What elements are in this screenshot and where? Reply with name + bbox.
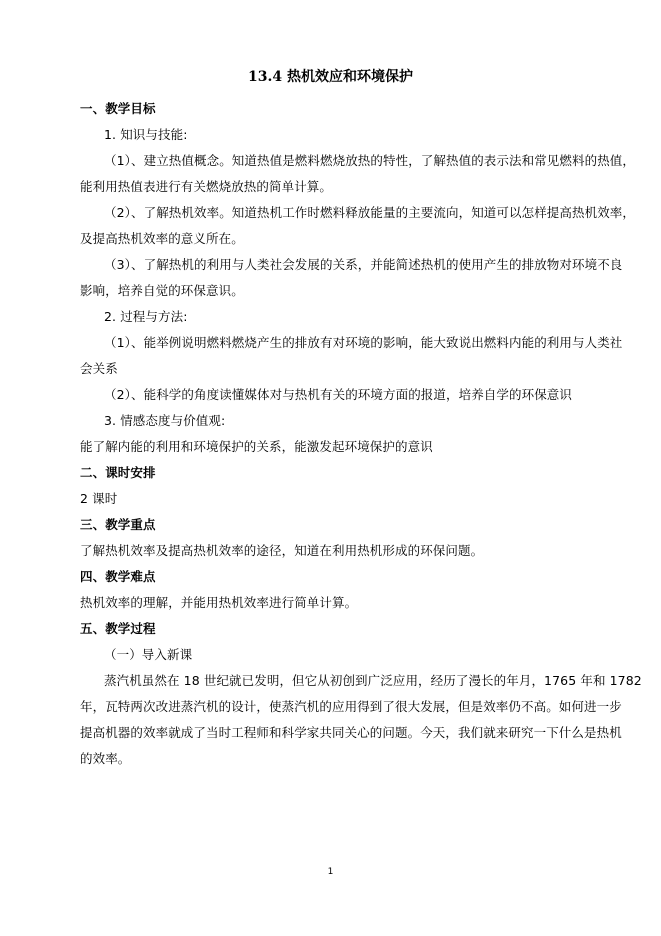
process-2-line-1: （2）、能科学的角度读懂媒体对与热机有关的环境方面的报道，培养自学的环保意识: [104, 386, 572, 404]
difficulties-text: 热机效率的理解，并能用热机效率进行简单计算。: [80, 594, 357, 612]
subheading-attitudes-values: 3. 情感态度与价值观:: [104, 412, 225, 430]
objective-2-line-2: 及提高热机效率的意义所在。: [80, 230, 244, 248]
objective-2-line-1: （2）、了解热机效率。知道热机工作时燃料释放能量的主要流向，知道可以怎样提高热机…: [104, 204, 635, 222]
process-1-line-2: 会关系: [80, 360, 118, 378]
section-heading-process: 五、教学过程: [80, 620, 156, 638]
section-heading-difficulties: 四、教学难点: [80, 568, 156, 586]
process-1-line-1: （1）、能举例说明燃料燃烧产生的排放有对环境的影响，能大致说出燃料内能的利用与人…: [104, 334, 622, 352]
objective-1-line-1: （1）、建立热值概念。知道热值是燃料燃烧放热的特性，了解热值的表示法和常见燃料的…: [104, 152, 635, 170]
section-heading-objectives: 一、教学目标: [80, 100, 156, 118]
section-heading-schedule: 二、课时安排: [80, 464, 156, 482]
intro-line-4: 的效率。: [80, 750, 130, 768]
objective-1-line-2: 能利用热值表进行有关燃烧放热的简单计算。: [80, 178, 332, 196]
schedule-text: 2 课时: [80, 490, 117, 508]
document-title: 13.4 热机效应和环境保护: [0, 66, 661, 86]
section-heading-key-points: 三、教学重点: [80, 516, 156, 534]
intro-line-3: 提高机器的效率就成了当时工程师和科学家共同关心的问题。今天，我们就来研究一下什么…: [80, 724, 622, 742]
document-page: 13.4 热机效应和环境保护 一、教学目标 1. 知识与技能: （1）、建立热值…: [0, 0, 661, 936]
intro-line-1: 蒸汽机虽然在 18 世纪就已发明，但它从初创到广泛应用，经历了漫长的年月，176…: [104, 672, 642, 690]
subheading-knowledge-skills: 1. 知识与技能:: [104, 126, 188, 144]
objective-3-line-2: 影响，培养自觉的环保意识。: [80, 282, 244, 300]
attitudes-text: 能了解内能的利用和环境保护的关系，能激发起环境保护的意识: [80, 438, 433, 456]
objective-3-line-1: （3）、了解热机的利用与人类社会发展的关系，并能简述热机的使用产生的排放物对环境…: [104, 256, 622, 274]
subheading-intro: （一）导入新课: [104, 646, 192, 664]
subheading-process-methods: 2. 过程与方法:: [104, 308, 188, 326]
intro-line-2: 年，瓦特两次改进蒸汽机的设计，使蒸汽机的应用得到了很大发展，但是效率仍不高。如何…: [80, 698, 622, 716]
key-points-text: 了解热机效率及提高热机效率的途径，知道在利用热机形成的环保问题。: [80, 542, 483, 560]
page-number: 1: [0, 867, 661, 877]
